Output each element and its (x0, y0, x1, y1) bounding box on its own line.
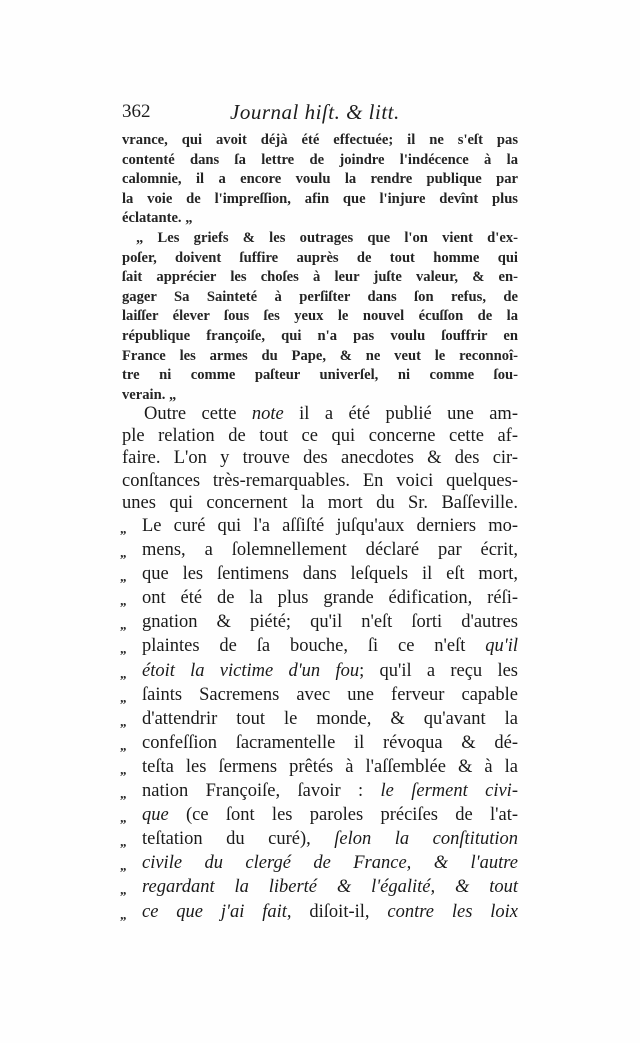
quotation-mark: „ (120, 830, 140, 854)
quotation-mark: „ (120, 565, 140, 589)
running-title: Journal hiſt. & litt. (230, 99, 400, 125)
quotation-mark: „ (120, 710, 140, 734)
italic-segment: étoit la victime d'un fou (142, 661, 359, 681)
quotation-mark: „ (120, 854, 140, 878)
text-line: faire. L'on y trouve des anecdotes & des… (122, 447, 518, 469)
text-line: conſtances très-remarquables. En voici q… (122, 470, 518, 492)
text-segment: plaintes de ſa bouche, ſi ce n'eſt (142, 636, 485, 656)
text-segment: , diſoit-il, (287, 902, 388, 922)
text-line: laiſſer élever ſous ſes yeux le nouvel é… (122, 307, 518, 327)
text-line: ſait apprécier les choſes à leur juſte v… (122, 268, 518, 288)
quoted-text-line: „d'attendrir tout le monde, & qu'avant l… (122, 707, 518, 731)
text-line: république françoiſe, qui n'a pas voulu … (122, 327, 518, 347)
line-text: ſaints Sacremens avec une ferveur capabl… (142, 683, 518, 707)
text-segment: il a été publié une am- (284, 404, 518, 424)
quoted-text-line: „Le curé qui l'a aſſiſté juſqu'aux derni… (122, 514, 518, 538)
text-line: éclatante. „ (122, 209, 518, 229)
italic-segment: le ſerment civi- (381, 781, 518, 801)
quotation-mark: „ (120, 734, 140, 758)
text-segment: confeſſion ſacramentelle il révoqua & dé… (142, 733, 518, 753)
text-segment: Le curé qui l'a aſſiſté juſqu'aux dernie… (142, 516, 518, 536)
italic-segment: ce que j'ai fait (142, 902, 287, 922)
line-text: teſta les ſermens prêtés à l'aſſemblée &… (142, 755, 518, 779)
quoted-note-paragraphs: vrance, qui avoit déjà été effectuée; il… (122, 131, 518, 405)
quotation-mark: „ (120, 637, 140, 661)
quotation-mark: „ (120, 758, 140, 782)
text-line: poſer, doivent ſuffire auprès de tout ho… (122, 249, 518, 269)
text-segment: d'attendrir tout le monde, & qu'avant la (142, 709, 518, 729)
page-header: 362 Journal hiſt. & litt. (122, 99, 522, 125)
italic-segment: qu'il (485, 636, 518, 656)
quotation-mark: „ (120, 517, 140, 541)
text-line: gager Sa Sainteté à perſiſter dans ſon r… (122, 288, 518, 308)
line-text: plaintes de ſa bouche, ſi ce n'eſt qu'il (142, 634, 518, 658)
italic-segment: civile du clergé de France, & l'autre (142, 853, 518, 873)
quoted-text-line: „ſaints Sacremens avec une ferveur capab… (122, 683, 518, 707)
quoted-text-line: „étoit la victime d'un fou; qu'il a reçu… (122, 659, 518, 683)
text-line: calomnie, il a encore voulu la rendre pu… (122, 170, 518, 190)
quoted-text-line: „teſta les ſermens prêtés à l'aſſemblée … (122, 755, 518, 779)
text-line: vrance, qui avoit déjà été effectuée; il… (122, 131, 518, 151)
text-segment: gnation & piété; qu'il n'eſt ſorti d'aut… (142, 612, 518, 632)
text-segment: ſaints Sacremens avec une ferveur capabl… (142, 685, 518, 705)
quoted-text-line: „plaintes de ſa bouche, ſi ce n'eſt qu'i… (122, 634, 518, 658)
italic-segment: contre les loix (387, 902, 518, 922)
quoted-text-line: „regardant la liberté & l'égalité, & tou… (122, 875, 518, 899)
text-line: France les armes du Pape, & ne veut le r… (122, 347, 518, 367)
quoted-text-line: „ce que j'ai fait, diſoit-il, contre les… (122, 900, 518, 924)
book-page: 362 Journal hiſt. & litt. vrance, qui av… (0, 0, 640, 1043)
line-text: Le curé qui l'a aſſiſté juſqu'aux dernie… (142, 514, 518, 538)
text-line: ple relation de tout ce qui concerne cet… (122, 425, 518, 447)
text-segment: ont été de la plus grande édification, r… (142, 588, 518, 608)
italic-word-note: note (252, 404, 284, 424)
quoted-text-line: „gnation & piété; qu'il n'eſt ſorti d'au… (122, 610, 518, 634)
text-segment: teſta les ſermens prêtés à l'aſſemblée &… (142, 757, 518, 777)
quoted-text-line: „confeſſion ſacramentelle il révoqua & d… (122, 731, 518, 755)
italic-segment: que (142, 805, 169, 825)
text-segment: Outre cette (144, 404, 252, 424)
line-text: ont été de la plus grande édification, r… (142, 586, 518, 610)
line-text: civile du clergé de France, & l'autre (142, 851, 518, 875)
quotation-mark: „ (120, 541, 140, 565)
line-text: ce que j'ai fait, diſoit-il, contre les … (142, 900, 518, 924)
italic-segment: ſelon la conſtitution (334, 829, 518, 849)
narrative-paragraph: Outre cette note il a été publié une am-… (122, 403, 518, 514)
line-text: que (ce ſont les paroles préciſes de l'a… (142, 803, 518, 827)
quotation-mark: „ (120, 589, 140, 613)
quotation-mark: „ (120, 686, 140, 710)
text-segment: mens, a ſolemnellement déclaré par écrit… (142, 540, 518, 560)
line-text: étoit la victime d'un fou; qu'il a reçu … (142, 659, 518, 683)
quoted-text-line: „mens, a ſolemnellement déclaré par écri… (122, 538, 518, 562)
text-segment: nation Françoiſe, ſavoir : (142, 781, 381, 801)
quotation-mark: „ (120, 782, 140, 806)
line-text: regardant la liberté & l'égalité, & tout (142, 875, 518, 899)
text-line: la voie de l'impreſſion, afin que l'inju… (122, 190, 518, 210)
text-segment: (ce ſont les paroles préciſes de l'at- (169, 805, 518, 825)
line-text: nation Françoiſe, ſavoir : le ſerment ci… (142, 779, 518, 803)
line-text: d'attendrir tout le monde, & qu'avant la (142, 707, 518, 731)
line-text: confeſſion ſacramentelle il révoqua & dé… (142, 731, 518, 755)
text-segment: teſtation du curé), (142, 829, 334, 849)
quoted-text-line: „civile du clergé de France, & l'autre (122, 851, 518, 875)
quoted-testimony: „Le curé qui l'a aſſiſté juſqu'aux derni… (122, 514, 518, 924)
line-text: gnation & piété; qu'il n'eſt ſorti d'aut… (142, 610, 518, 634)
text-line: „ Les griefs & les outrages que l'on vie… (122, 229, 518, 249)
text-line: contenté dans ſa lettre de joindre l'ind… (122, 151, 518, 171)
italic-segment: regardant la liberté & l'égalité, & tout (142, 877, 518, 897)
line-text: teſtation du curé), ſelon la conſtitutio… (142, 827, 518, 851)
text-line: unes qui concernent la mort du Sr. Baſſe… (122, 492, 518, 514)
quoted-text-line: „ont été de la plus grande édification, … (122, 586, 518, 610)
line-text: que les ſentimens dans leſquels il eſt m… (142, 562, 518, 586)
text-line: tre ni comme paſteur univerſel, ni comme… (122, 366, 518, 386)
quoted-text-line: „que (ce ſont les paroles préciſes de l'… (122, 803, 518, 827)
quotation-mark: „ (120, 903, 140, 927)
text-line: Outre cette note il a été publié une am- (122, 403, 518, 425)
page-number: 362 (122, 99, 151, 125)
text-segment: que les ſentimens dans leſquels il eſt m… (142, 564, 518, 584)
quoted-text-line: „nation Françoiſe, ſavoir : le ſerment c… (122, 779, 518, 803)
quotation-mark: „ (120, 878, 140, 902)
quoted-text-line: „que les ſentimens dans leſquels il eſt … (122, 562, 518, 586)
quotation-mark: „ (120, 662, 140, 686)
text-segment: ; qu'il a reçu les (359, 661, 518, 681)
quotation-mark: „ (120, 613, 140, 637)
line-text: mens, a ſolemnellement déclaré par écrit… (142, 538, 518, 562)
quotation-mark: „ (120, 806, 140, 830)
quoted-text-line: „teſtation du curé), ſelon la conſtituti… (122, 827, 518, 851)
